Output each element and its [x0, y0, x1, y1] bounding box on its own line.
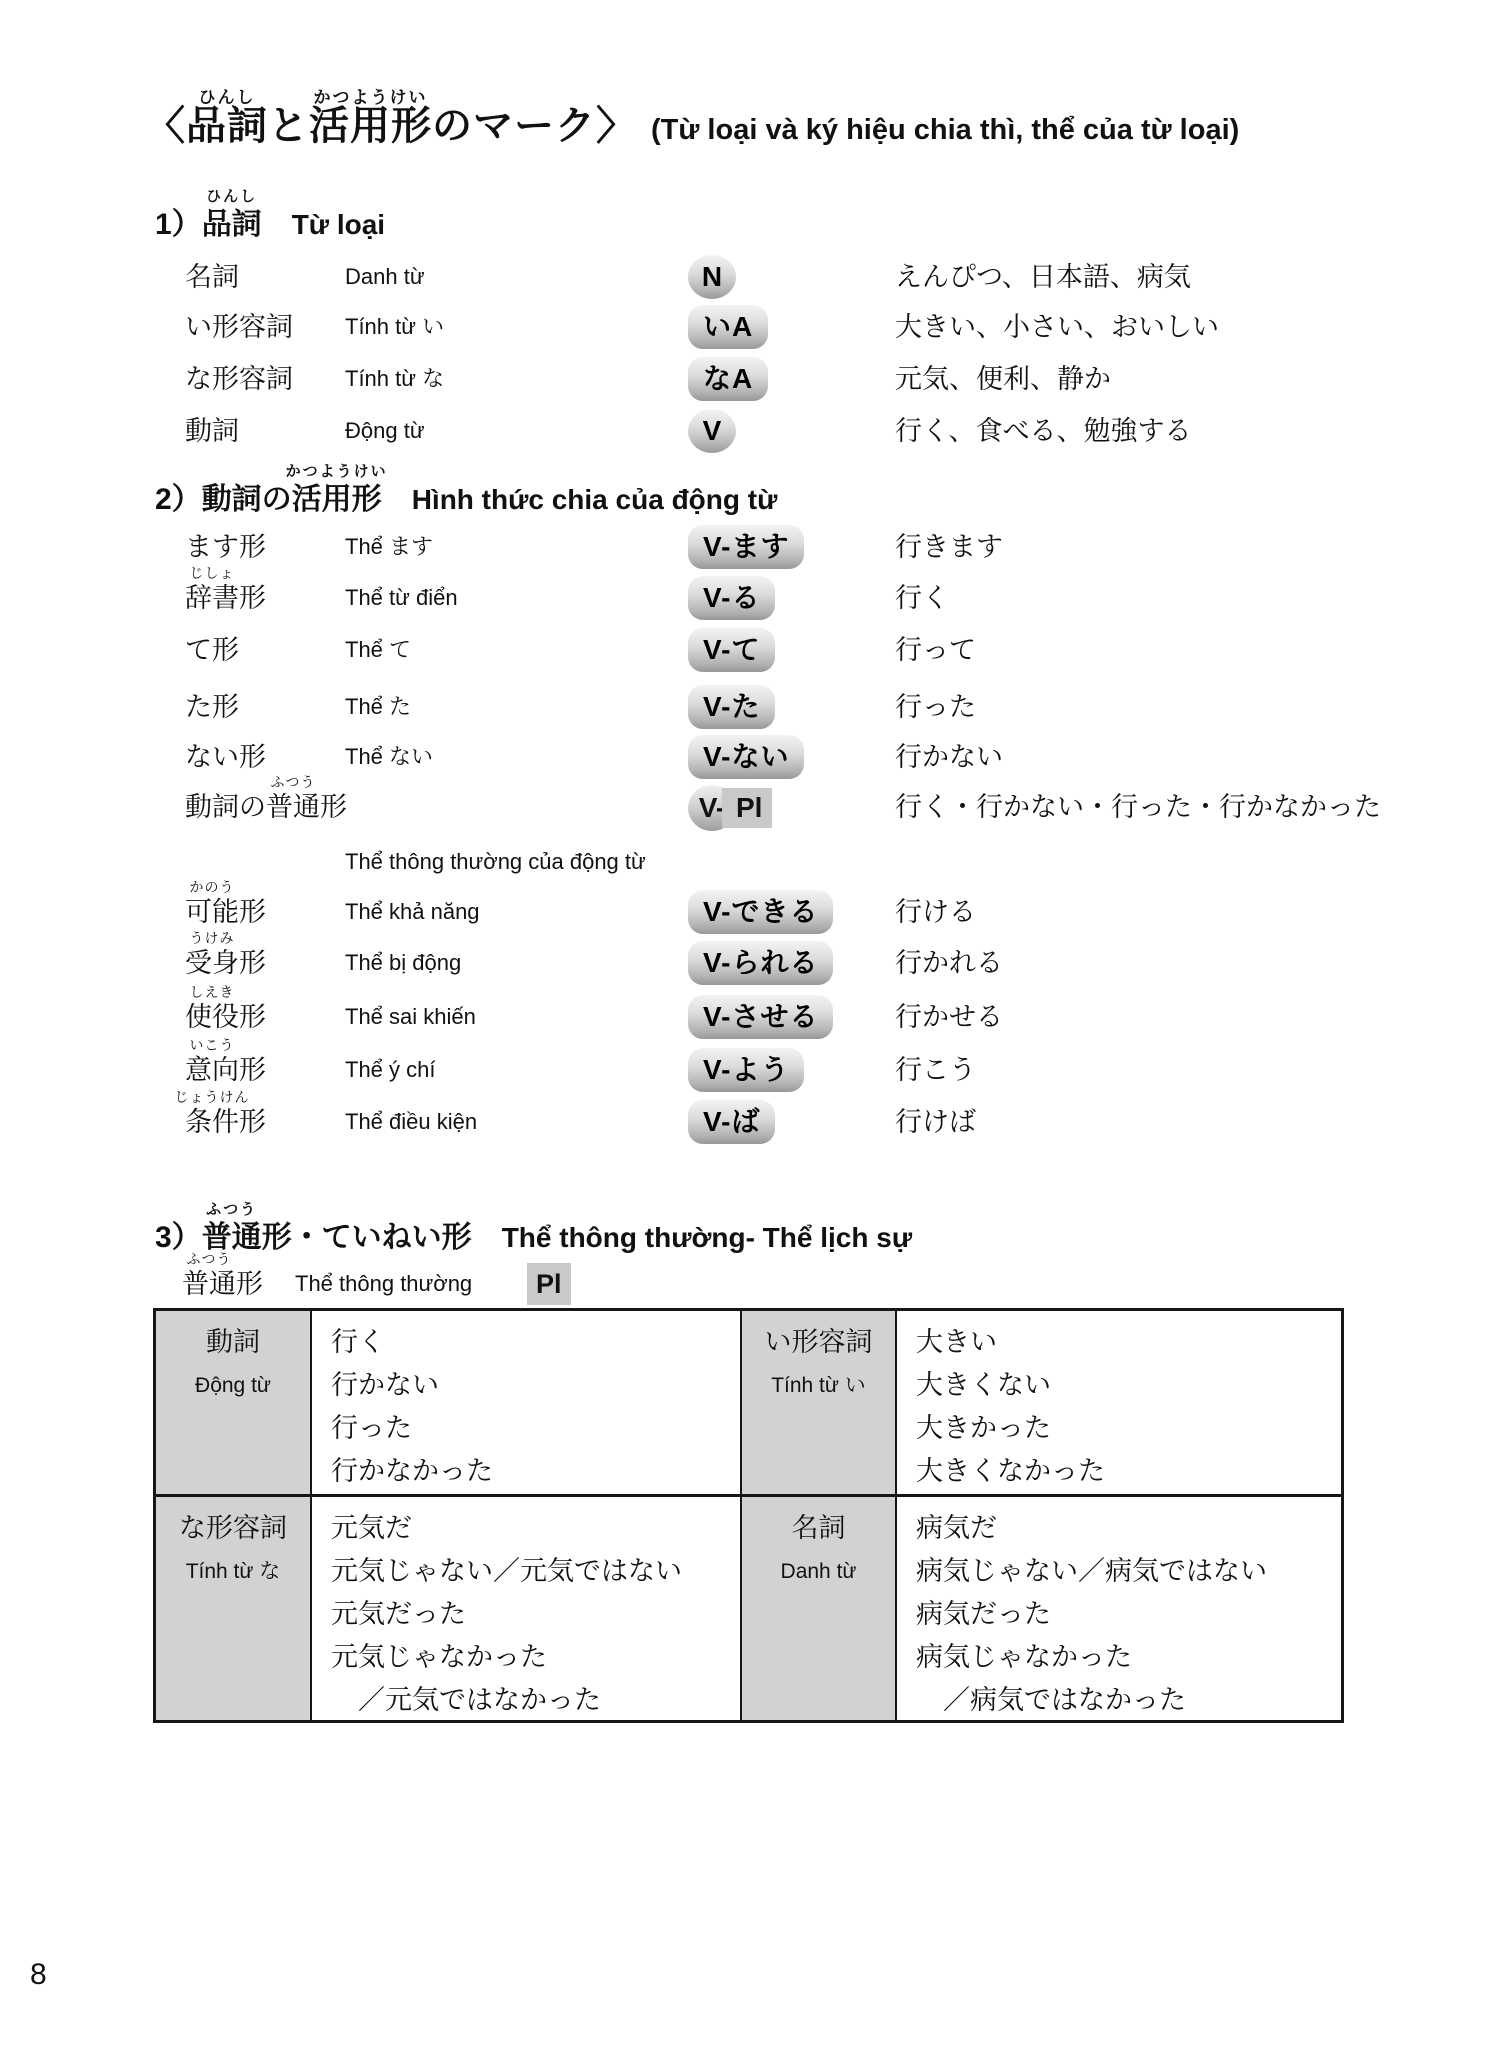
- term-label: 名詞: [185, 253, 239, 301]
- form-badge: V-られる: [688, 941, 833, 985]
- examples-text: 行かない: [895, 733, 1003, 781]
- pos-badge: なA: [688, 357, 768, 401]
- table-header-verb: 動詞 Động từ: [156, 1311, 310, 1494]
- furigana: じしょ: [190, 566, 235, 581]
- table-line: 行く: [312, 1321, 740, 1364]
- examples-text: 行く: [895, 574, 949, 622]
- form-badge: V-る: [688, 576, 775, 620]
- table-cell-verb-forms: 行く 行かない 行った 行かなかった: [310, 1311, 740, 1494]
- vn-label: Thể ない: [345, 733, 433, 781]
- examples-text: えんぴつ、日本語、病気: [895, 253, 1191, 301]
- section1-heading: 1）ひんし品詞Từ loại: [155, 202, 385, 253]
- v-plain-badge: V-Pl: [688, 785, 772, 831]
- table-line: 行った: [312, 1407, 740, 1450]
- table-line: 病気だった: [897, 1593, 1341, 1636]
- furigana: かつようけい: [314, 90, 428, 105]
- furigana: かのう: [190, 880, 235, 895]
- examples-text: 行かれる: [895, 939, 1003, 987]
- pos-badge: V: [688, 409, 736, 453]
- form-badge: V-よう: [688, 1048, 804, 1092]
- table-line: 大きくない: [897, 1364, 1341, 1407]
- form-badge: V-ば: [688, 1100, 775, 1144]
- vn-label: Thể た: [345, 683, 411, 731]
- section2-heading: 2）動詞のかつようけい活用形Hình thức chia của động từ: [155, 477, 777, 528]
- vn-label: Thể bị động: [345, 939, 461, 987]
- examples-text: 行かせる: [895, 993, 1003, 1041]
- vn-label: Thể sai khiến: [345, 993, 476, 1041]
- section2-heading-vn: Hình thức chia của động từ: [412, 484, 778, 515]
- page-title-jp: 〈ひんし品詞とかつようけい活用形のマーク〉: [145, 104, 637, 148]
- title-ruby-1: ひんし品詞: [186, 100, 268, 152]
- section3-number: 3）: [155, 1221, 202, 1254]
- form-badge: V-ます: [688, 525, 804, 569]
- title-bracket-open: 〈: [145, 104, 186, 148]
- section1-number: 1）: [155, 208, 202, 241]
- page-title: 〈ひんし品詞とかつようけい活用形のマーク〉(Từ loại và ký hiệu…: [145, 100, 1239, 161]
- examples-text: 行きます: [895, 523, 1003, 571]
- table-header-na-adjective: な形容詞 Tính từ な: [156, 1494, 310, 1720]
- form-badge: V-た: [688, 685, 775, 729]
- examples-text: 行った: [895, 683, 976, 731]
- vn-label: Tính từ い: [345, 303, 444, 351]
- page-number: 8: [30, 1958, 47, 1992]
- vn-label: Thể ます: [345, 523, 433, 571]
- title-ruby-2: かつようけい活用形: [309, 100, 432, 152]
- table-line: 元気じゃない／元気ではない: [312, 1550, 740, 1593]
- table-line: 大きかった: [897, 1407, 1341, 1450]
- table-cell-noun-forms: 病気だ 病気じゃない／病気ではない 病気だった 病気じゃなかった ／病気ではなか…: [895, 1494, 1341, 1720]
- furigana: いこう: [190, 1038, 235, 1053]
- examples-text: 行ける: [895, 888, 976, 936]
- section3-heading: 3）ふつう普通形・ていねい形Thể thông thường- Thể lịch…: [155, 1215, 912, 1266]
- furigana: うけみ: [190, 931, 235, 946]
- examples-text: 行って: [895, 626, 976, 674]
- vn-label: Động từ: [345, 407, 425, 455]
- form-badge: V-できる: [688, 890, 833, 934]
- table-cell-na-adjective-forms: 元気だ 元気じゃない／元気ではない 元気だった 元気じゃなかった ／元気ではなか…: [310, 1494, 740, 1720]
- vn-label: Thể khả năng: [345, 888, 480, 936]
- pos-badge: いA: [688, 305, 768, 349]
- furigana: ひんし: [199, 90, 256, 105]
- form-badge: V-て: [688, 628, 775, 672]
- table-line: ／元気ではなかった: [312, 1679, 740, 1722]
- textbook-page: { "title": { "open": "〈", "r1_base": "品詞…: [0, 0, 1497, 2048]
- examples-text: 行く・行かない・行った・行かなかった: [895, 783, 1381, 831]
- examples-text: 行く、食べる、勉強する: [895, 407, 1191, 455]
- furigana: かつようけい: [286, 464, 388, 479]
- furigana: ふつう: [187, 1252, 232, 1267]
- examples-text: 行けば: [895, 1098, 976, 1146]
- vn-label: Thể điều kiện: [345, 1098, 477, 1146]
- table-cell-i-adjective-forms: 大きい 大きくない 大きかった 大きくなかった: [895, 1311, 1341, 1494]
- section1-heading-vn: Từ loại: [292, 209, 385, 240]
- table-line: 元気じゃなかった: [312, 1636, 740, 1679]
- table-line: 行かなかった: [312, 1450, 740, 1493]
- table-header-i-adjective: い形容詞 Tính từ い: [740, 1311, 895, 1494]
- section2-number: 2）: [155, 483, 202, 516]
- table-line: 元気だ: [312, 1507, 740, 1550]
- plain-form-table: 動詞 Động từ 行く 行かない 行った 行かなかった い形容詞 Tính …: [153, 1308, 1344, 1723]
- table-line: 病気じゃない／病気ではない: [897, 1550, 1341, 1593]
- form-badge: V-させる: [688, 995, 833, 1039]
- examples-text: 元気、便利、静か: [895, 355, 1111, 403]
- table-line: 大きい: [897, 1321, 1341, 1364]
- plain-badge: Pl: [527, 1263, 571, 1305]
- vn-label: Danh từ: [345, 253, 425, 301]
- vn-label: Thể thông thường: [295, 1260, 472, 1308]
- vn-label: Thể ý chí: [345, 1046, 435, 1094]
- vn-label: Thể て: [345, 626, 411, 674]
- vn-label: Thể thông thường của động từ: [345, 838, 646, 886]
- table-line: 行かない: [312, 1364, 740, 1407]
- examples-text: 大きい、小さい、おいしい: [895, 303, 1219, 351]
- vn-label: Thể từ điển: [345, 574, 458, 622]
- furigana: しえき: [190, 985, 235, 1000]
- section3-heading-vn: Thể thông thường- Thể lịch sự: [502, 1222, 912, 1253]
- pos-badge: N: [688, 255, 736, 299]
- term-label: 動詞: [185, 407, 239, 455]
- furigana: ひんし: [206, 189, 257, 204]
- table-header-noun: 名詞 Danh từ: [740, 1494, 895, 1720]
- furigana: ふつう: [206, 1202, 257, 1217]
- term-label: な形容詞: [185, 355, 293, 403]
- examples-text: 行こう: [895, 1046, 976, 1094]
- page-title-vn: (Từ loại và ký hiệu chia thì, thể của từ…: [651, 114, 1239, 146]
- vn-label: Tính từ な: [345, 355, 444, 403]
- form-badge: V-ない: [688, 735, 804, 779]
- table-line: ／病気ではなかった: [897, 1679, 1341, 1722]
- table-line: 大きくなかった: [897, 1450, 1341, 1493]
- furigana: ふつう: [271, 775, 316, 790]
- table-line: 病気じゃなかった: [897, 1636, 1341, 1679]
- table-line: 病気だ: [897, 1507, 1341, 1550]
- term-label: い形容詞: [185, 303, 293, 351]
- furigana: じょうけん: [175, 1090, 250, 1105]
- table-line: 元気だった: [312, 1593, 740, 1636]
